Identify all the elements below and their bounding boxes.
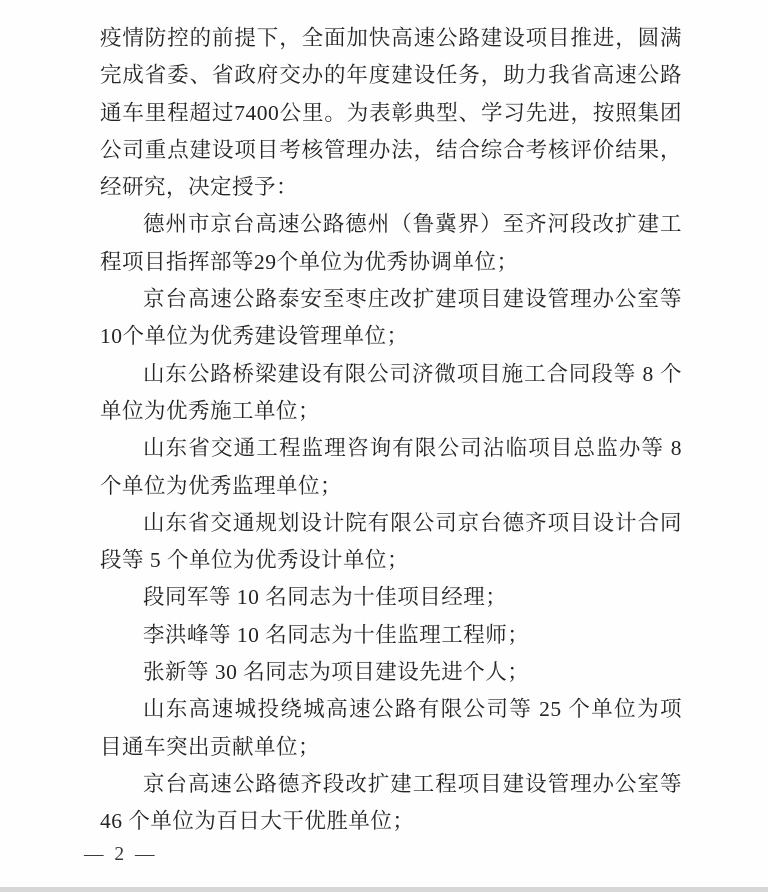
body-paragraph: 京台高速公路泰安至枣庄改扩建项目建设管理办公室等10个单位为优秀建设管理单位； [100, 281, 682, 356]
body-paragraph: 段同军等 10 名同志为十佳项目经理； [100, 579, 682, 616]
body-paragraph: 张新等 30 名同志为项目建设先进个人； [100, 654, 682, 691]
body-paragraph: 疫情防控的前提下，全面加快高速公路建设项目推进，圆满完成省委、省政府交办的年度建… [100, 20, 682, 206]
document-page: 疫情防控的前提下，全面加快高速公路建设项目推进，圆满完成省委、省政府交办的年度建… [0, 0, 768, 892]
body-paragraph: 山东高速城投绕城高速公路有限公司等 25 个单位为项目通车突出贡献单位； [100, 691, 682, 766]
body-paragraph: 德州市京台高速公路德州（鲁冀界）至齐河段改扩建工程项目指挥部等29个单位为优秀协… [100, 206, 682, 281]
document-body: 疫情防控的前提下，全面加快高速公路建设项目推进，圆满完成省委、省政府交办的年度建… [100, 20, 682, 841]
body-paragraph: 山东省交通规划设计院有限公司京台德齐项目设计合同段等 5 个单位为优秀设计单位； [100, 505, 682, 580]
scan-edge-shadow [0, 887, 768, 892]
body-paragraph: 山东省交通工程监理咨询有限公司沾临项目总监办等 8 个单位为优秀监理单位； [100, 430, 682, 505]
body-paragraph: 李洪峰等 10 名同志为十佳监理工程师； [100, 617, 682, 654]
body-paragraph: 京台高速公路德齐段改扩建工程项目建设管理办公室等 46 个单位为百日大干优胜单位… [100, 766, 682, 841]
body-paragraph: 山东公路桥梁建设有限公司济微项目施工合同段等 8 个单位为优秀施工单位； [100, 356, 682, 431]
page-number: — 2 — [84, 844, 158, 866]
